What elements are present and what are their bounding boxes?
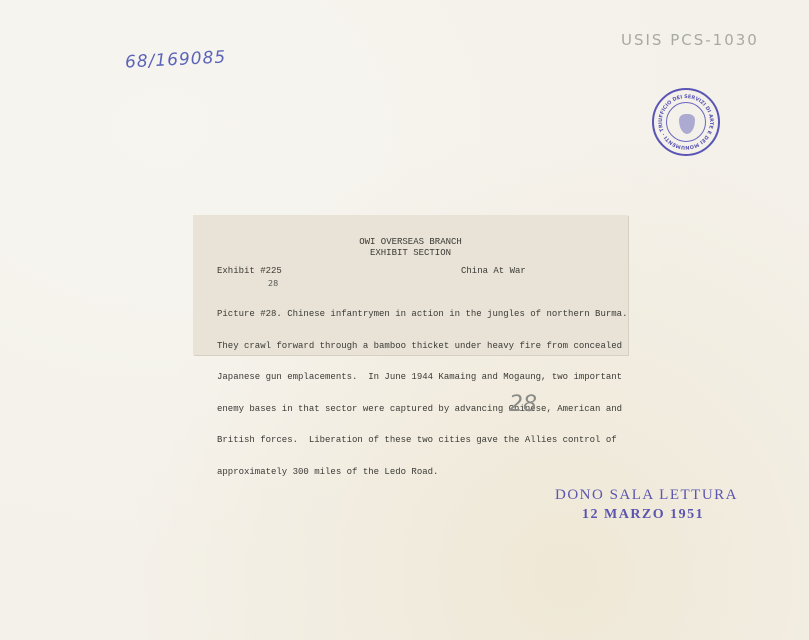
caption-body: Picture #28. Chinese infantrymen in acti…: [217, 288, 617, 498]
handwritten-number: 28: [509, 392, 537, 417]
caption-label: OWI OVERSEAS BRANCH EXHIBIT SECTION Exhi…: [193, 215, 628, 355]
caption-line: approximately 300 miles of the Ledo Road…: [217, 467, 617, 478]
donation-stamp: DONO SALA LETTURA 12 MARZO 1951: [555, 486, 738, 524]
handwritten-catalog-id: 68/169085: [125, 47, 227, 72]
header-line-1: OWI OVERSEAS BRANCH: [193, 237, 628, 248]
caption-line: Japanese gun emplacements. In June 1944 …: [217, 372, 617, 383]
institution-seal: UFFICIO DEI SERVIZI DI ARTE E DEI MONUME…: [652, 88, 720, 156]
header-line-2: EXHIBIT SECTION: [193, 248, 628, 259]
stamp-line-1: DONO SALA LETTURA: [555, 486, 738, 505]
caption-line: Picture #28. Chinese infantrymen in acti…: [217, 309, 617, 320]
caption-line: enemy bases in that sector were captured…: [217, 404, 617, 415]
exhibit-number: Exhibit #225: [217, 266, 282, 277]
caption-line: British forces. Liberation of these two …: [217, 435, 617, 446]
stamp-date: 12 MARZO 1951: [555, 505, 738, 524]
exhibit-topic: China At War: [461, 266, 526, 277]
archive-code: USIS PCS-1030: [621, 31, 759, 49]
caption-line: They crawl forward through a bamboo thic…: [217, 341, 617, 352]
label-header: OWI OVERSEAS BRANCH EXHIBIT SECTION: [193, 237, 628, 259]
